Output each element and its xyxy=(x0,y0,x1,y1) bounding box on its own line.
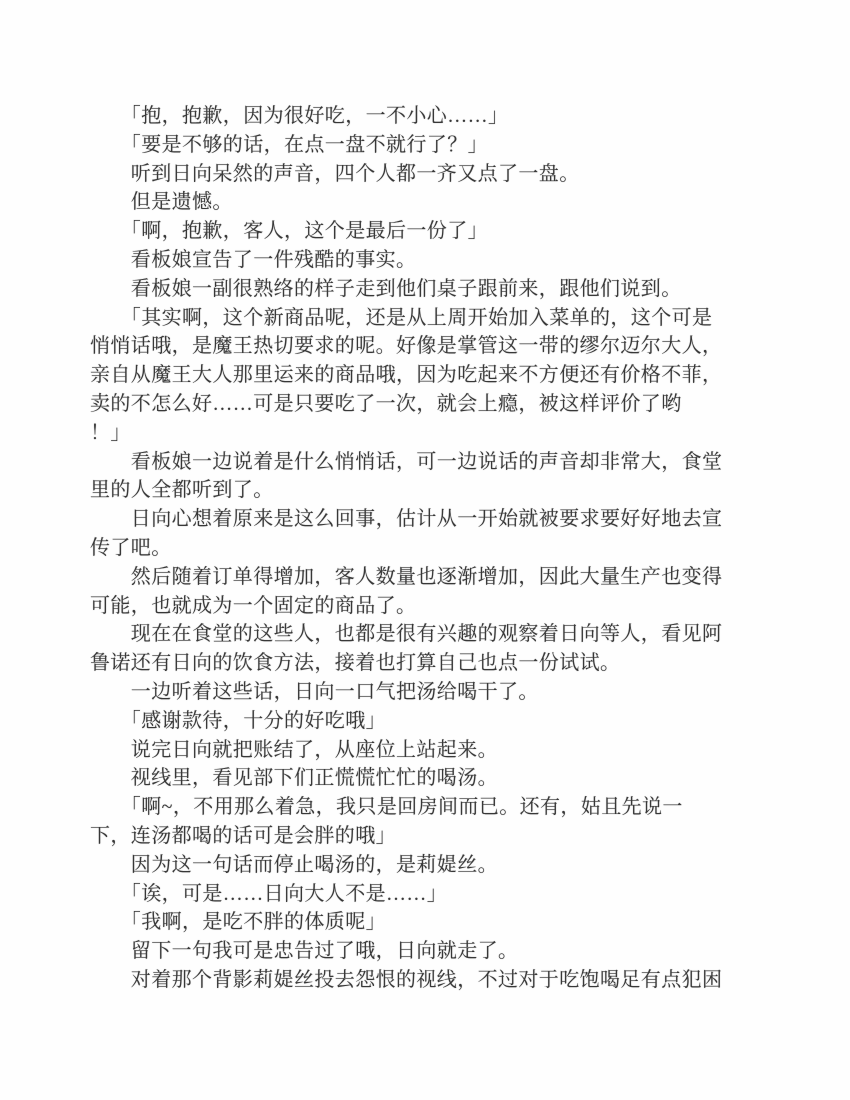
text-line: 但是遗憾。 xyxy=(90,188,762,217)
text-line: 「感谢款待，十分的好吃哦」 xyxy=(90,707,762,736)
novel-page: 「抱，抱歉，因为很好吃，一不小心……」 「要是不够的话，在点一盘不就行了？」 听… xyxy=(0,0,850,1100)
text-line: 里的人全都听到了。 xyxy=(90,476,762,505)
text-line: 听到日向呆然的声音，四个人都一齐又点了一盘。 xyxy=(90,160,762,189)
text-line: 日向心想着原来是这么回事，估计从一开始就被要求要好好地去宣 xyxy=(90,505,762,534)
text-line: 卖的不怎么好……可是只要吃了一次，就会上瘾，被这样评价了哟 xyxy=(90,390,762,419)
text-line: 「啊~，不用那么着急，我只是回房间而已。还有，姑且先说一 xyxy=(90,793,762,822)
text-line: 一边听着这些话，日向一口气把汤给喝干了。 xyxy=(90,678,762,707)
text-line: 留下一句我可是忠告过了哦，日向就走了。 xyxy=(90,937,762,966)
text-line: 看板娘一副很熟络的样子走到他们桌子跟前来，跟他们说到。 xyxy=(90,275,762,304)
text-line: 「啊，抱歉，客人，这个是最后一份了」 xyxy=(90,217,762,246)
text-line: 「诶，可是……日向大人不是……」 xyxy=(90,880,762,909)
text-line: 然后随着订单得增加，客人数量也逐渐增加，因此大量生产也变得 xyxy=(90,563,762,592)
text-line: 「其实啊，这个新商品呢，还是从上周开始加入菜单的，这个可是 xyxy=(90,304,762,333)
text-line: 悄悄话哦，是魔王热切要求的呢。好像是掌管这一带的缪尔迈尔大人， xyxy=(90,332,762,361)
text-line: 因为这一句话而停止喝汤的，是莉媞丝。 xyxy=(90,851,762,880)
text-line: 看板娘一边说着是什么悄悄话，可一边说话的声音却非常大，食堂 xyxy=(90,448,762,477)
text-line: 下，连汤都喝的话可是会胖的哦」 xyxy=(90,822,762,851)
text-line: 视线里，看见部下们正慌慌忙忙的喝汤。 xyxy=(90,764,762,793)
text-line: 现在在食堂的这些人，也都是很有兴趣的观察着日向等人，看见阿 xyxy=(90,620,762,649)
text-line: 「要是不够的话，在点一盘不就行了？」 xyxy=(90,131,762,160)
text-line: 亲自从魔王大人那里运来的商品哦，因为吃起来不方便还有价格不菲， xyxy=(90,361,762,390)
text-line: 可能，也就成为一个固定的商品了。 xyxy=(90,592,762,621)
text-line: 鲁诺还有日向的饮食方法，接着也打算自己也点一份试试。 xyxy=(90,649,762,678)
text-line: 「抱，抱歉，因为很好吃，一不小心……」 xyxy=(90,102,762,131)
text-line: 对着那个背影莉媞丝投去怨恨的视线，不过对于吃饱喝足有点犯困 xyxy=(90,966,762,995)
text-line: 说完日向就把账结了，从座位上站起来。 xyxy=(90,736,762,765)
text-line: 传了吧。 xyxy=(90,534,762,563)
text-line: ！」 xyxy=(90,419,762,448)
novel-text: 「抱，抱歉，因为很好吃，一不小心……」 「要是不够的话，在点一盘不就行了？」 听… xyxy=(90,102,762,995)
text-line: 「我啊，是吃不胖的体质呢」 xyxy=(90,908,762,937)
text-line: 看板娘宣告了一件残酷的事实。 xyxy=(90,246,762,275)
